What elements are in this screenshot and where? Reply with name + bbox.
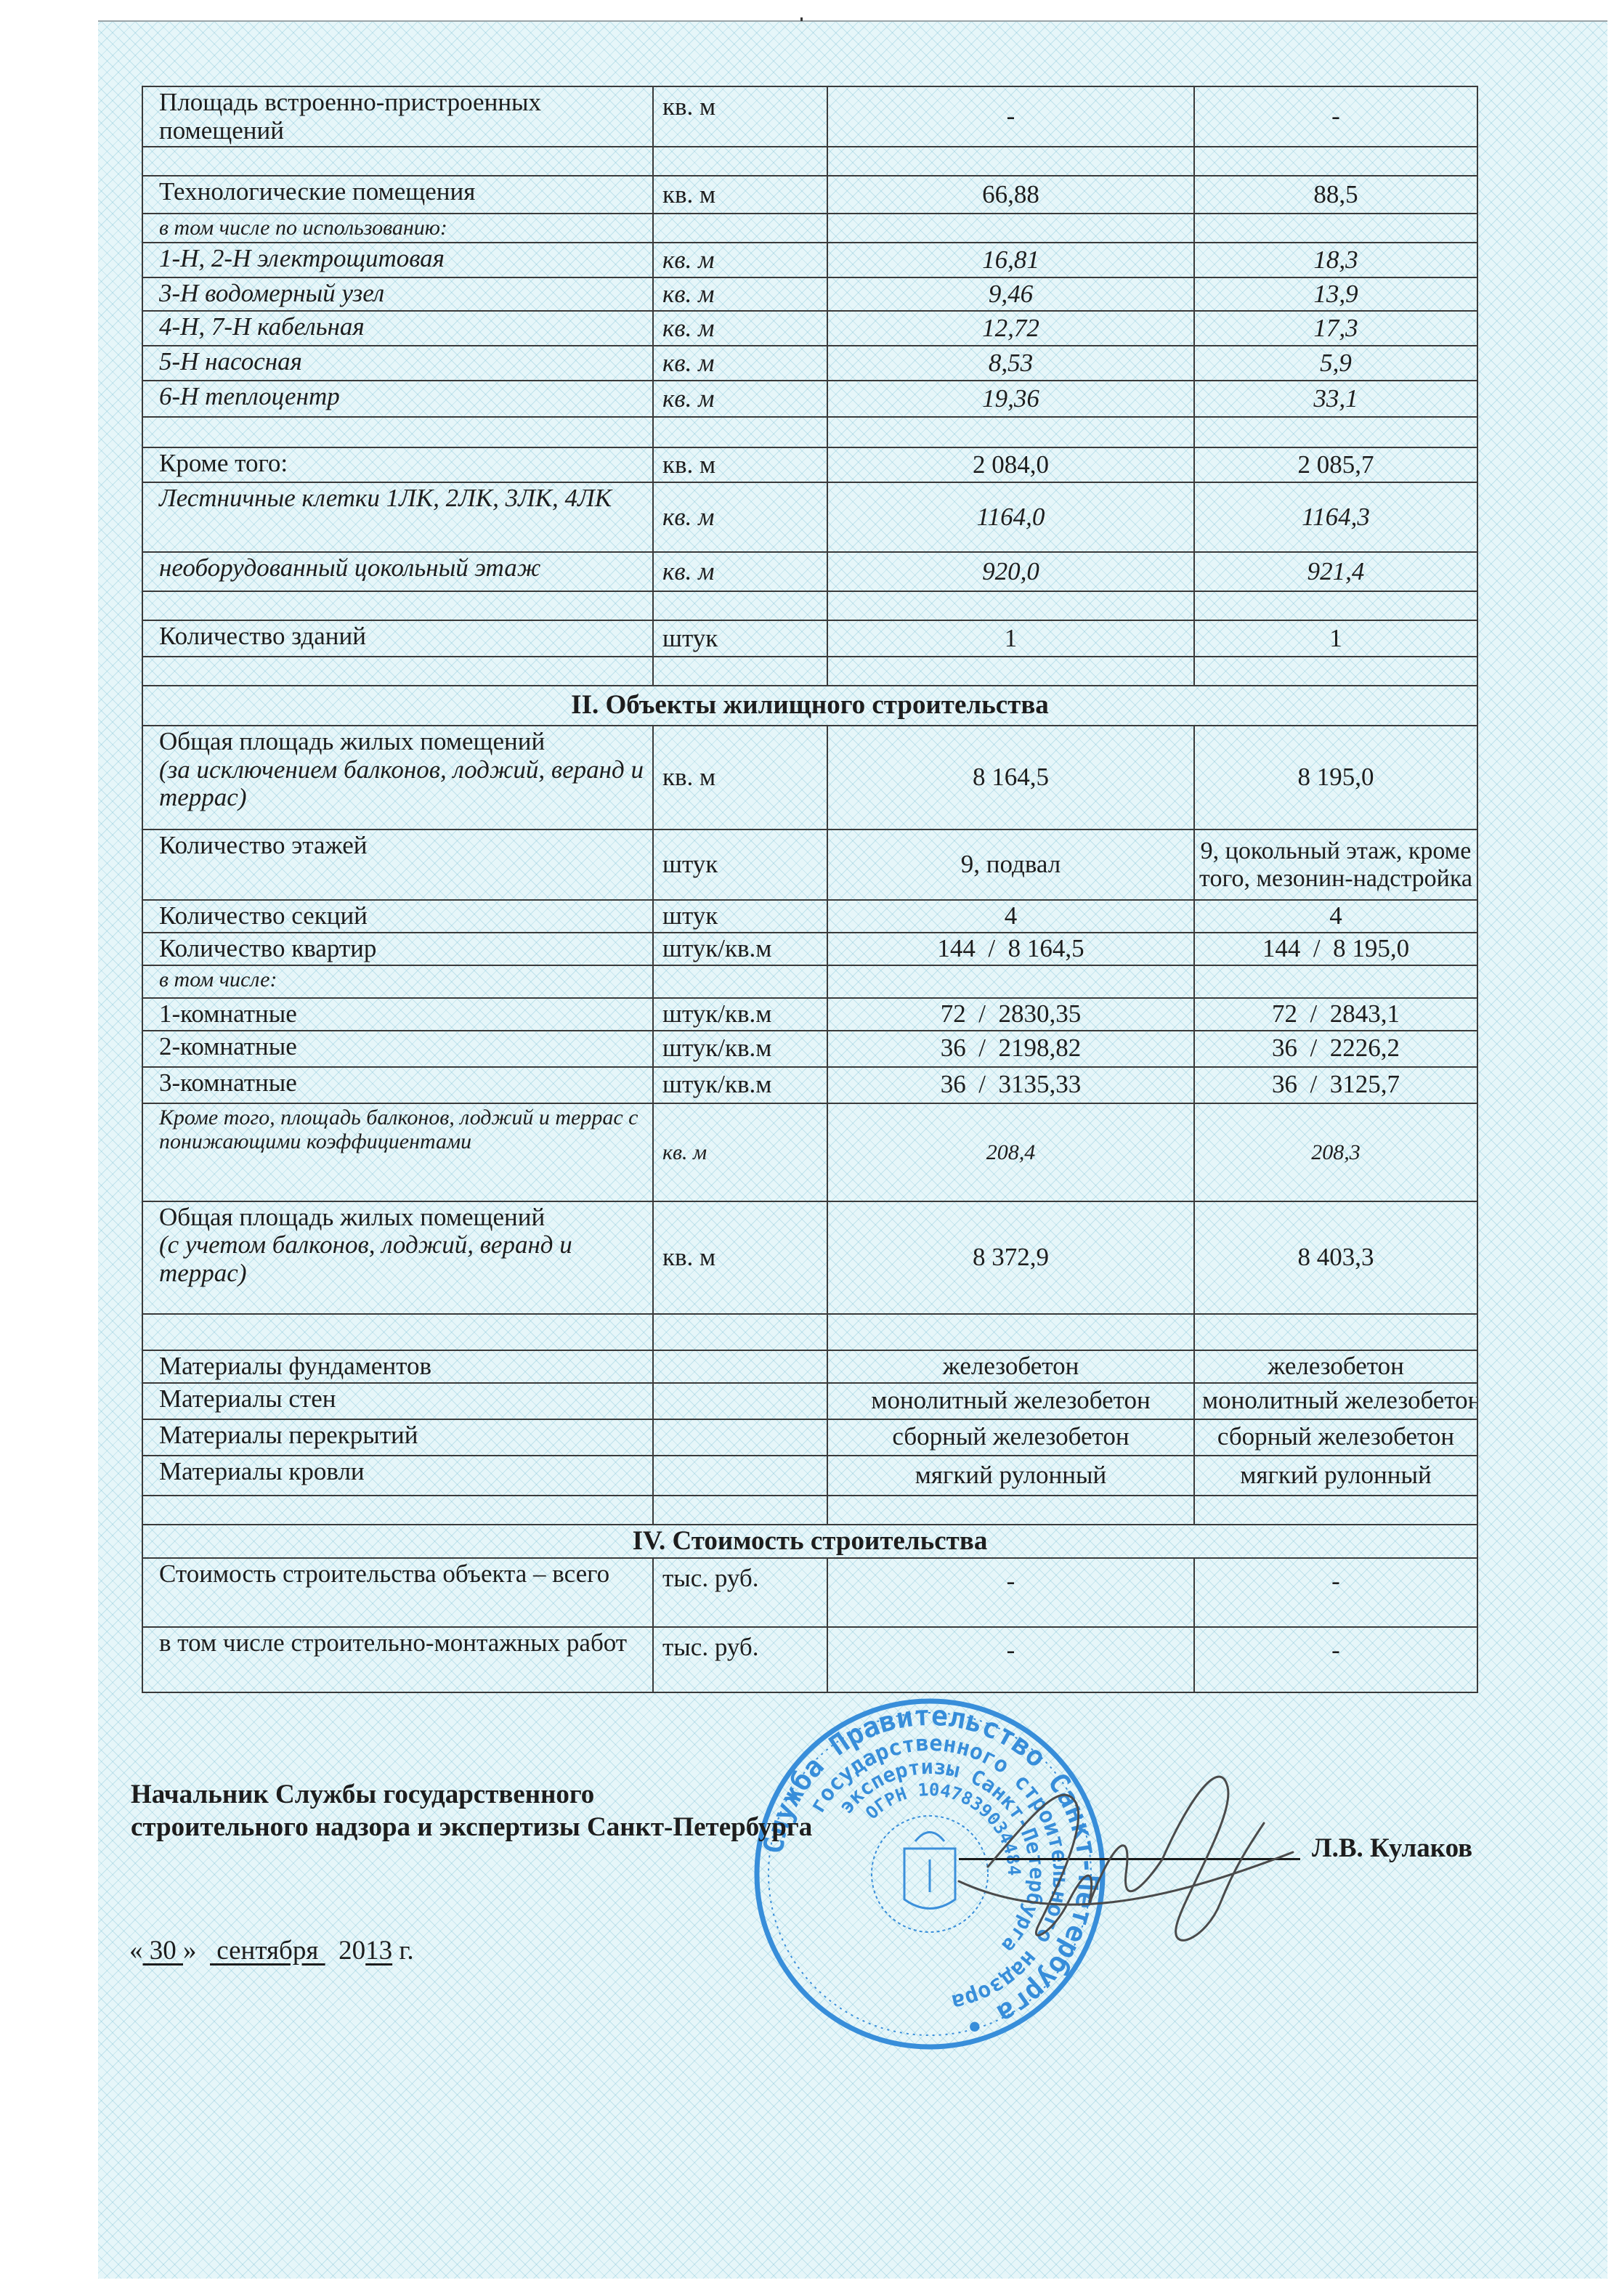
row-label: необорудованный цокольный этаж (142, 552, 653, 591)
table-row: Материалы стенмонолитный железобетонмоно… (142, 1383, 1477, 1419)
actual-value: 8 195,0 (1194, 726, 1477, 829)
empty-cell (142, 147, 653, 176)
project-value: железобетон (827, 1350, 1194, 1383)
empty-cell (653, 1314, 827, 1350)
actual-value: 2 085,7 (1194, 447, 1477, 482)
spacer-row (142, 1314, 1477, 1350)
empty-cell (1194, 657, 1477, 686)
table-row: в том числе: (142, 965, 1477, 998)
empty-cell (142, 1314, 653, 1350)
actual-value (1194, 214, 1477, 243)
actual-value: 36 / 3125,7 (1194, 1067, 1477, 1103)
empty-cell (827, 657, 1194, 686)
project-value: монолитный железобетон (827, 1383, 1194, 1419)
unit-cell (653, 1456, 827, 1496)
project-value: мягкий рулонный (827, 1456, 1194, 1496)
table-row: 1-комнатныештук/кв.м72 / 2830,3572 / 284… (142, 998, 1477, 1031)
date-year-prefix: 20 (338, 1936, 365, 1966)
table-row: необорудованный цокольный этажкв. м920,0… (142, 552, 1477, 591)
unit-cell: штук/кв.м (653, 933, 827, 965)
table-row: Количество этажейштук9, подвал9, цокольн… (142, 829, 1477, 900)
row-label: Стоимость строительства объекта – всего (142, 1558, 653, 1627)
table-row: Материалы фундаментовжелезобетонжелезобе… (142, 1350, 1477, 1383)
signatory-title-line2: строительного надзора и экспертизы Санкт… (131, 1811, 812, 1843)
unit-cell: штук (653, 900, 827, 933)
empty-cell (1194, 417, 1477, 447)
table-row: 1-Н, 2-Н электрощитоваякв. м16,8118,3 (142, 243, 1477, 277)
document-date: « 30 » сентября 2013 г. (129, 1935, 414, 1966)
table-row: Общая площадь жилых помещений(за исключе… (142, 726, 1477, 829)
empty-cell (653, 147, 827, 176)
unit-cell (653, 1419, 827, 1456)
empty-cell (142, 657, 653, 686)
empty-cell (142, 591, 653, 620)
section-title: IV. Стоимость строительства (142, 1525, 1477, 1559)
table-row: 2-комнатныештук/кв.м36 / 2198,8236 / 222… (142, 1031, 1477, 1067)
actual-value: монолитный железобетон (1194, 1383, 1477, 1419)
actual-value: 9, цокольный этаж, кроме того, мезонин-н… (1194, 829, 1477, 900)
row-label: Материалы перекрытий (142, 1419, 653, 1456)
empty-cell (653, 591, 827, 620)
row-label: Количество этажей (142, 829, 653, 900)
unit-cell: кв. м (653, 311, 827, 346)
empty-cell (1194, 1314, 1477, 1350)
unit-cell (653, 965, 827, 998)
actual-value: 72 / 2843,1 (1194, 998, 1477, 1031)
actual-value: 18,3 (1194, 243, 1477, 277)
table-row: 5-Н насоснаякв. м8,535,9 (142, 346, 1477, 381)
unit-cell: кв. м (653, 346, 827, 381)
unit-cell: кв. м (653, 176, 827, 214)
unit-cell: кв. м (653, 1103, 827, 1201)
actual-value: 208,3 (1194, 1103, 1477, 1201)
actual-value: 144 / 8 195,0 (1194, 933, 1477, 965)
empty-cell (827, 591, 1194, 620)
unit-cell: кв. м (653, 552, 827, 591)
actual-value: 36 / 2226,2 (1194, 1031, 1477, 1067)
empty-cell (1194, 1496, 1477, 1525)
table-row: Лестничные клетки 1ЛК, 2ЛК, 3ЛК, 4ЛКкв. … (142, 482, 1477, 552)
project-value: - (827, 1627, 1194, 1692)
empty-cell (827, 417, 1194, 447)
date-day: 30 (143, 1936, 184, 1966)
unit-cell (653, 1350, 827, 1383)
row-label: 1-Н, 2-Н электрощитовая (142, 243, 653, 277)
section-header-row: II. Объекты жилищного строительства (142, 686, 1477, 726)
spacer-row (142, 657, 1477, 686)
empty-cell (653, 417, 827, 447)
empty-cell (653, 1496, 827, 1525)
actual-value: 17,3 (1194, 311, 1477, 346)
spacer-row (142, 147, 1477, 176)
unit-cell: кв. м (653, 86, 827, 147)
date-month: сентября (210, 1936, 325, 1966)
project-value: 4 (827, 900, 1194, 933)
project-value: 208,4 (827, 1103, 1194, 1201)
project-value: - (827, 1558, 1194, 1627)
actual-value: - (1194, 1627, 1477, 1692)
section-header-row: IV. Стоимость строительства (142, 1525, 1477, 1559)
actual-value: 8 403,3 (1194, 1201, 1477, 1314)
project-value: 36 / 2198,82 (827, 1031, 1194, 1067)
project-value: 19,36 (827, 381, 1194, 417)
empty-cell (827, 1314, 1194, 1350)
empty-cell (1194, 591, 1477, 620)
table-row: в том числе строительно-монтажных работт… (142, 1627, 1477, 1692)
signatory-title-line1: Начальник Службы государственного (131, 1778, 812, 1811)
unit-cell: штук (653, 829, 827, 900)
unit-cell: штук/кв.м (653, 1067, 827, 1103)
project-value: сборный железобетон (827, 1419, 1194, 1456)
actual-value: мягкий рулонный (1194, 1456, 1477, 1496)
actual-value: 5,9 (1194, 346, 1477, 381)
row-label: Общая площадь жилых помещений(с учетом б… (142, 1201, 653, 1314)
project-value: 66,88 (827, 176, 1194, 214)
table-row: Материалы перекрытийсборный железобетонс… (142, 1419, 1477, 1456)
row-label: Количество секций (142, 900, 653, 933)
row-label: 2-комнатные (142, 1031, 653, 1067)
row-label: Технологические помещения (142, 176, 653, 214)
row-label: Кроме того: (142, 447, 653, 482)
project-value: 9, подвал (827, 829, 1194, 900)
project-value: 144 / 8 164,5 (827, 933, 1194, 965)
row-label: Площадь встроенно-пристроенных помещений (142, 86, 653, 147)
unit-cell: кв. м (653, 1201, 827, 1314)
empty-cell (827, 1496, 1194, 1525)
table-row: Кроме того, площадь балконов, лоджий и т… (142, 1103, 1477, 1201)
project-value: 12,72 (827, 311, 1194, 346)
actual-value: сборный железобетон (1194, 1419, 1477, 1456)
unit-cell (653, 1383, 827, 1419)
date-open-quote: « (129, 1936, 143, 1966)
table-row: Общая площадь жилых помещений(с учетом б… (142, 1201, 1477, 1314)
unit-cell: кв. м (653, 243, 827, 277)
row-label: 5-Н насосная (142, 346, 653, 381)
row-label: 3-комнатные (142, 1067, 653, 1103)
unit-cell: штук/кв.м (653, 998, 827, 1031)
date-close-quote: » (183, 1936, 197, 1966)
table-row: 4-Н, 7-Н кабельнаякв. м12,7217,3 (142, 311, 1477, 346)
project-value: 8,53 (827, 346, 1194, 381)
spacer-row (142, 417, 1477, 447)
unit-cell: кв. м (653, 277, 827, 311)
row-label: Кроме того, площадь балконов, лоджий и т… (142, 1103, 653, 1201)
unit-cell: тыс. руб. (653, 1558, 827, 1627)
project-value: 2 084,0 (827, 447, 1194, 482)
table-row: Стоимость строительства объекта – всегот… (142, 1558, 1477, 1627)
actual-value: 13,9 (1194, 277, 1477, 311)
actual-value: железобетон (1194, 1350, 1477, 1383)
scan-artifact (800, 17, 803, 21)
row-label-note: (за исключением балконов, лоджий, веранд… (159, 756, 645, 812)
signatory-title: Начальник Службы государственного строит… (131, 1778, 812, 1843)
actual-value: 1 (1194, 620, 1477, 657)
date-year-suffix: 13 (365, 1936, 392, 1966)
row-label-main: Общая площадь жилых помещений (159, 1204, 645, 1232)
actual-value (1194, 965, 1477, 998)
project-value: 1164,0 (827, 482, 1194, 552)
spacer-row (142, 1496, 1477, 1525)
signatory-name: Л.В. Кулаков (1312, 1833, 1472, 1864)
row-label: в том числе по использованию: (142, 214, 653, 243)
table-row: 3-Н водомерный узелкв. м9,4613,9 (142, 277, 1477, 311)
unit-cell (653, 214, 827, 243)
row-label: Лестничные клетки 1ЛК, 2ЛК, 3ЛК, 4ЛК (142, 482, 653, 552)
empty-cell (1194, 147, 1477, 176)
project-value (827, 214, 1194, 243)
table-row: 6-Н теплоцентркв. м19,3633,1 (142, 381, 1477, 417)
empty-cell (142, 1496, 653, 1525)
row-label: в том числе: (142, 965, 653, 998)
date-year-unit: г. (392, 1936, 414, 1966)
actual-value: 921,4 (1194, 552, 1477, 591)
project-value: 9,46 (827, 277, 1194, 311)
row-label: 1-комнатные (142, 998, 653, 1031)
row-label: 3-Н водомерный узел (142, 277, 653, 311)
project-value: 36 / 3135,33 (827, 1067, 1194, 1103)
row-label: Материалы кровли (142, 1456, 653, 1496)
unit-cell: штук/кв.м (653, 1031, 827, 1067)
table-row: Кроме того:кв. м2 084,02 085,7 (142, 447, 1477, 482)
unit-cell: кв. м (653, 482, 827, 552)
table-row: Количество зданийштук11 (142, 620, 1477, 657)
table-row: Технологические помещениякв. м66,8888,5 (142, 176, 1477, 214)
unit-cell: тыс. руб. (653, 1627, 827, 1692)
unit-cell: штук (653, 620, 827, 657)
table-row: Материалы кровлимягкий рулонныймягкий ру… (142, 1456, 1477, 1496)
project-value: 16,81 (827, 243, 1194, 277)
actual-value: 1164,3 (1194, 482, 1477, 552)
project-value: - (827, 86, 1194, 147)
empty-cell (653, 657, 827, 686)
row-label: Количество зданий (142, 620, 653, 657)
project-value: 8 164,5 (827, 726, 1194, 829)
handwritten-signature-icon (944, 1736, 1322, 1990)
spacer-row (142, 591, 1477, 620)
row-label: 6-Н теплоцентр (142, 381, 653, 417)
project-value: 920,0 (827, 552, 1194, 591)
empty-cell (142, 417, 653, 447)
project-value (827, 965, 1194, 998)
actual-value: 88,5 (1194, 176, 1477, 214)
row-label: Материалы стен (142, 1383, 653, 1419)
table-row: Количество квартирштук/кв.м144 / 8 164,5… (142, 933, 1477, 965)
row-label: Общая площадь жилых помещений(за исключе… (142, 726, 653, 829)
actual-value: 33,1 (1194, 381, 1477, 417)
table-row: Количество секцийштук44 (142, 900, 1477, 933)
unit-cell: кв. м (653, 447, 827, 482)
building-parameters-table: Площадь встроенно-пристроенных помещений… (142, 86, 1478, 1693)
row-label: 4-Н, 7-Н кабельная (142, 311, 653, 346)
empty-cell (827, 147, 1194, 176)
row-label: Количество квартир (142, 933, 653, 965)
actual-value: 4 (1194, 900, 1477, 933)
section-title: II. Объекты жилищного строительства (142, 686, 1477, 726)
actual-value: - (1194, 86, 1477, 147)
project-value: 8 372,9 (827, 1201, 1194, 1314)
actual-value: - (1194, 1558, 1477, 1627)
project-value: 72 / 2830,35 (827, 998, 1194, 1031)
unit-cell: кв. м (653, 726, 827, 829)
row-label-note: (с учетом балконов, лоджий, веранд и тер… (159, 1231, 645, 1287)
project-value: 1 (827, 620, 1194, 657)
row-label: в том числе строительно-монтажных работ (142, 1627, 653, 1692)
row-label-main: Общая площадь жилых помещений (159, 728, 645, 756)
table-row: 3-комнатныештук/кв.м36 / 3135,3336 / 312… (142, 1067, 1477, 1103)
unit-cell: кв. м (653, 381, 827, 417)
row-label: Материалы фундаментов (142, 1350, 653, 1383)
table-row: в том числе по использованию: (142, 214, 1477, 243)
table-row: Площадь встроенно-пристроенных помещений… (142, 86, 1477, 147)
